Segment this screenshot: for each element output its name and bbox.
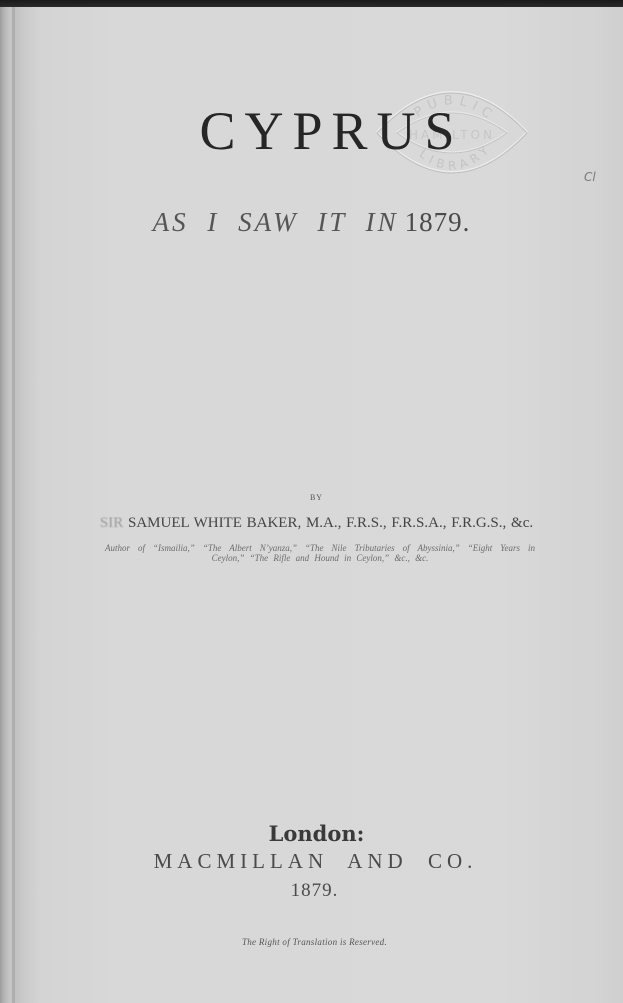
pencil-margin-note: Cl xyxy=(584,170,596,184)
by-label: BY xyxy=(0,493,623,502)
subtitle-year: 1879. xyxy=(405,207,471,237)
publication-year: 1879. xyxy=(0,880,623,902)
book-subtitle: AS I SAW IT IN1879. xyxy=(0,207,623,238)
publisher-name: MACMILLAN AND CO. xyxy=(0,849,623,874)
author-other-works: Author of “Ismailia,” “The Albert N’yanz… xyxy=(105,543,535,563)
publication-place: London: xyxy=(0,821,623,846)
rights-notice: The Right of Translation is Reserved. xyxy=(0,937,623,947)
author-name: SAMUEL WHITE BAKER, M.A., F.R.S., F.R.S.… xyxy=(128,515,533,531)
scan-top-edge xyxy=(0,0,623,7)
author-prefix: SIR xyxy=(100,515,123,531)
title-page: PUBLIC HAMILTON LIBRARY CYPRUS AS I SAW … xyxy=(0,7,623,1003)
author-line: SIR SAMUEL WHITE BAKER, M.A., F.R.S., F.… xyxy=(0,515,623,532)
subtitle-text: AS I SAW IT IN xyxy=(153,207,399,237)
book-title: CYPRUS xyxy=(0,100,623,162)
